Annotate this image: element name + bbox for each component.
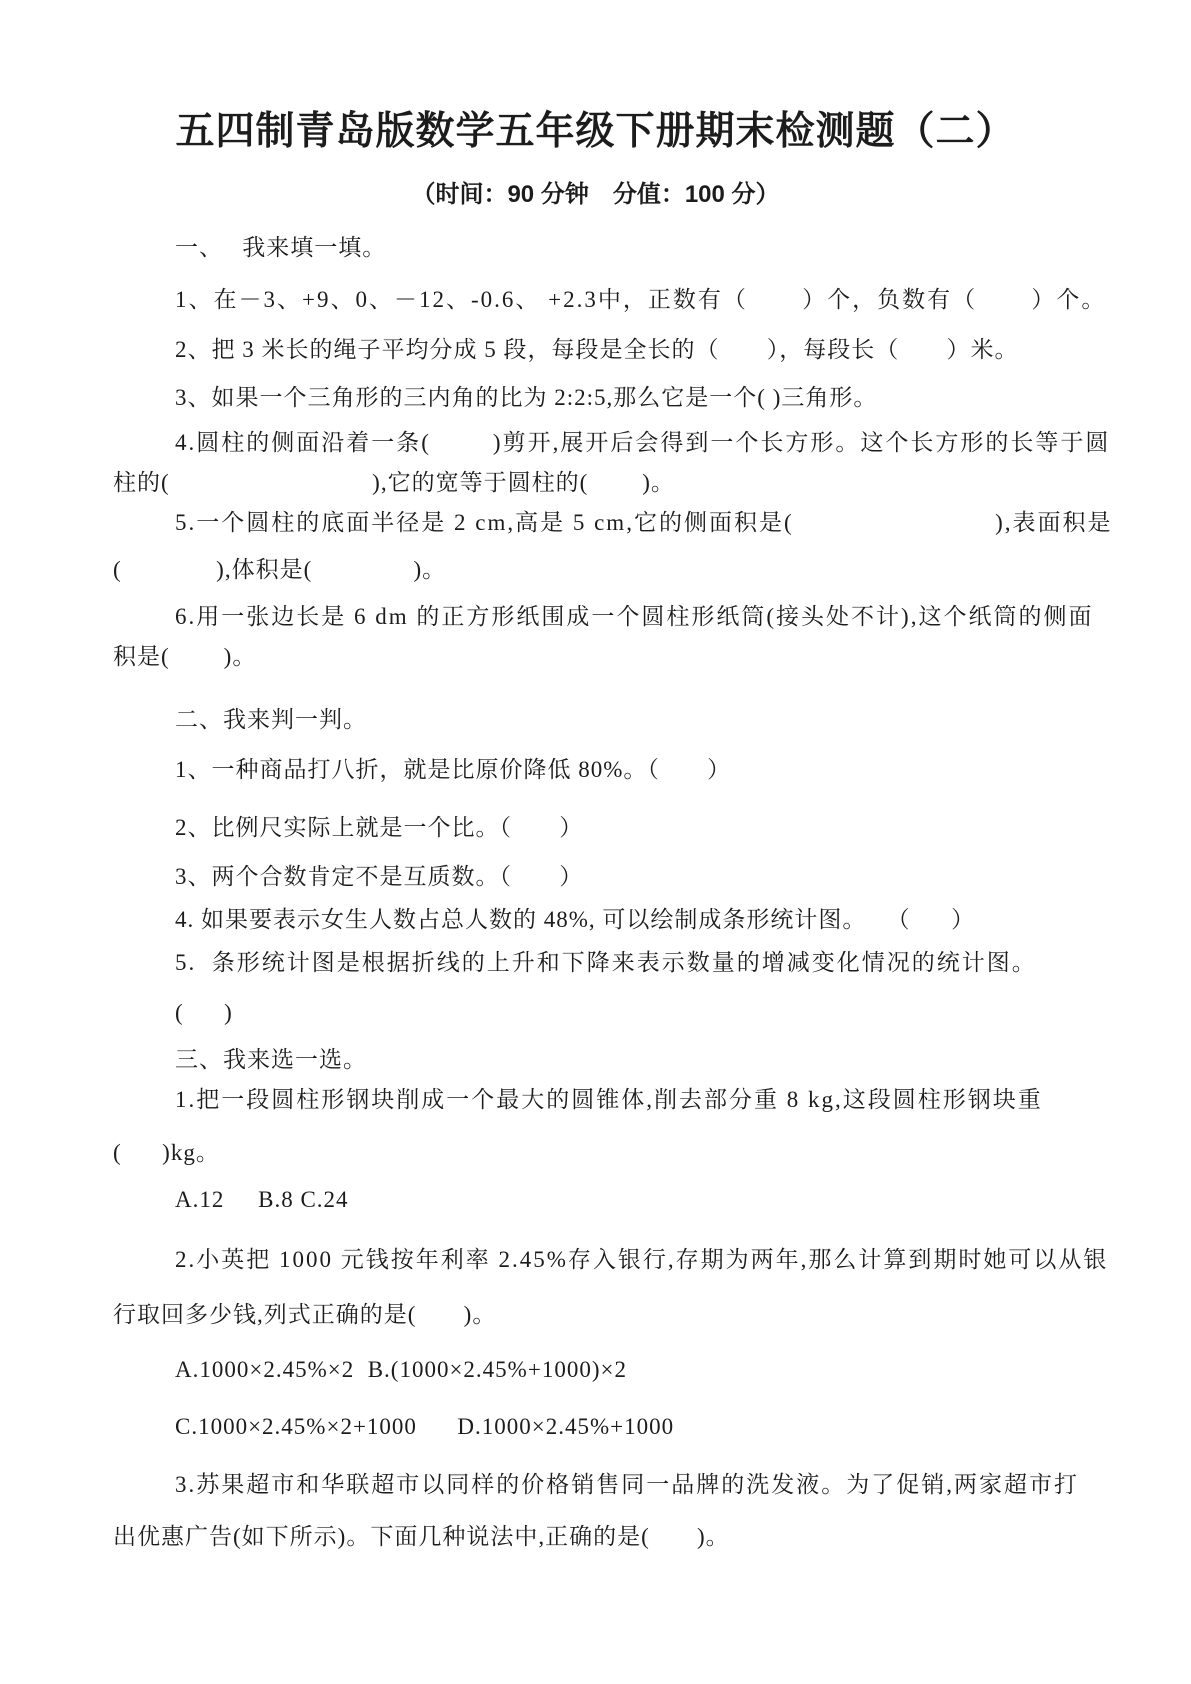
s3-q2-options-cd: C.1000×2.45%×2+1000 D.1000×2.45%+1000 — [113, 1412, 1063, 1442]
s1-q3: 3、如果一个三角形的三内角的比为 2:2:5,那么它是一个( )三角形。 — [113, 383, 1063, 413]
s2-q3: 3、两个合数肯定不是互质数。（ ） — [113, 862, 1063, 892]
s2-q1: 1、一种商品打八折，就是比原价降低 80%。（ ） — [113, 755, 1063, 785]
s2-q5-line1: 5. 条形统计图是根据折线的上升和下降来表示数量的增减变化情况的统计图。 — [113, 948, 1063, 978]
s1-q5-line2: ( ),体积是( )。 — [113, 555, 1063, 585]
exam-page: 五四制青岛版数学五年级下册期末检测题（二） （时间：90 分钟 分值：100 分… — [0, 0, 1191, 1684]
s1-q5-line1: 5.一个圆柱的底面半径是 2 cm,高是 5 cm,它的侧面积是( ),表面积是 — [113, 508, 1063, 538]
section1-heading: 一、 我来填一填。 — [113, 233, 1063, 263]
s3-q2-line1: 2.小英把 1000 元钱按年利率 2.45%存入银行,存期为两年,那么计算到期… — [113, 1245, 1063, 1275]
s3-q1-options: A.12 B.8 C.24 — [113, 1185, 1063, 1215]
s3-q1-line1: 1.把一段圆柱形钢块削成一个最大的圆锥体,削去部分重 8 kg,这段圆柱形钢块重 — [113, 1085, 1063, 1115]
s3-q2-options-ab: A.1000×2.45%×2 B.(1000×2.45%+1000)×2 — [113, 1355, 1063, 1385]
s2-q4: 4. 如果要表示女生人数占总人数的 48%, 可以绘制成条形统计图。 （ ） — [113, 905, 1063, 935]
section3-heading: 三、我来选一选。 — [113, 1045, 1063, 1075]
s1-q4-line1: 4.圆柱的侧面沿着一条( )剪开,展开后会得到一个长方形。这个长方形的长等于圆 — [113, 428, 1063, 458]
page-title: 五四制青岛版数学五年级下册期末检测题（二） — [0, 108, 1191, 156]
page-subtitle: （时间：90 分钟 分值：100 分） — [0, 179, 1191, 211]
s1-q6-line1: 6.用一张边长是 6 dm 的正方形纸围成一个圆柱形纸筒(接头处不计),这个纸筒… — [113, 602, 1063, 632]
section2-heading: 二、我来判一判。 — [113, 705, 1063, 735]
s2-q2: 2、比例尺实际上就是一个比。（ ） — [113, 813, 1063, 843]
s2-q5-line2: ( ) — [113, 998, 1063, 1028]
s3-q3-line2: 出优惠广告(如下所示)。下面几种说法中,正确的是( )。 — [113, 1522, 1063, 1552]
s1-q4-line2: 柱的( ),它的宽等于圆柱的( )。 — [113, 468, 1063, 498]
s1-q2: 2、把 3 米长的绳子平均分成 5 段，每段是全长的（ ），每段长（ ）米。 — [113, 335, 1063, 365]
s3-q2-line2: 行取回多少钱,列式正确的是( )。 — [113, 1300, 1063, 1330]
s3-q1-line2: ( )kg。 — [113, 1138, 1063, 1168]
s3-q3-line1: 3.苏果超市和华联超市以同样的价格销售同一品牌的洗发液。为了促销,两家超市打 — [113, 1470, 1063, 1500]
s1-q6-line2: 积是( )。 — [113, 642, 1063, 672]
s1-q1: 1、在－3、+9、0、－12、-0.6、 +2.3中，正数有（ ）个，负数有（ … — [113, 285, 1063, 315]
